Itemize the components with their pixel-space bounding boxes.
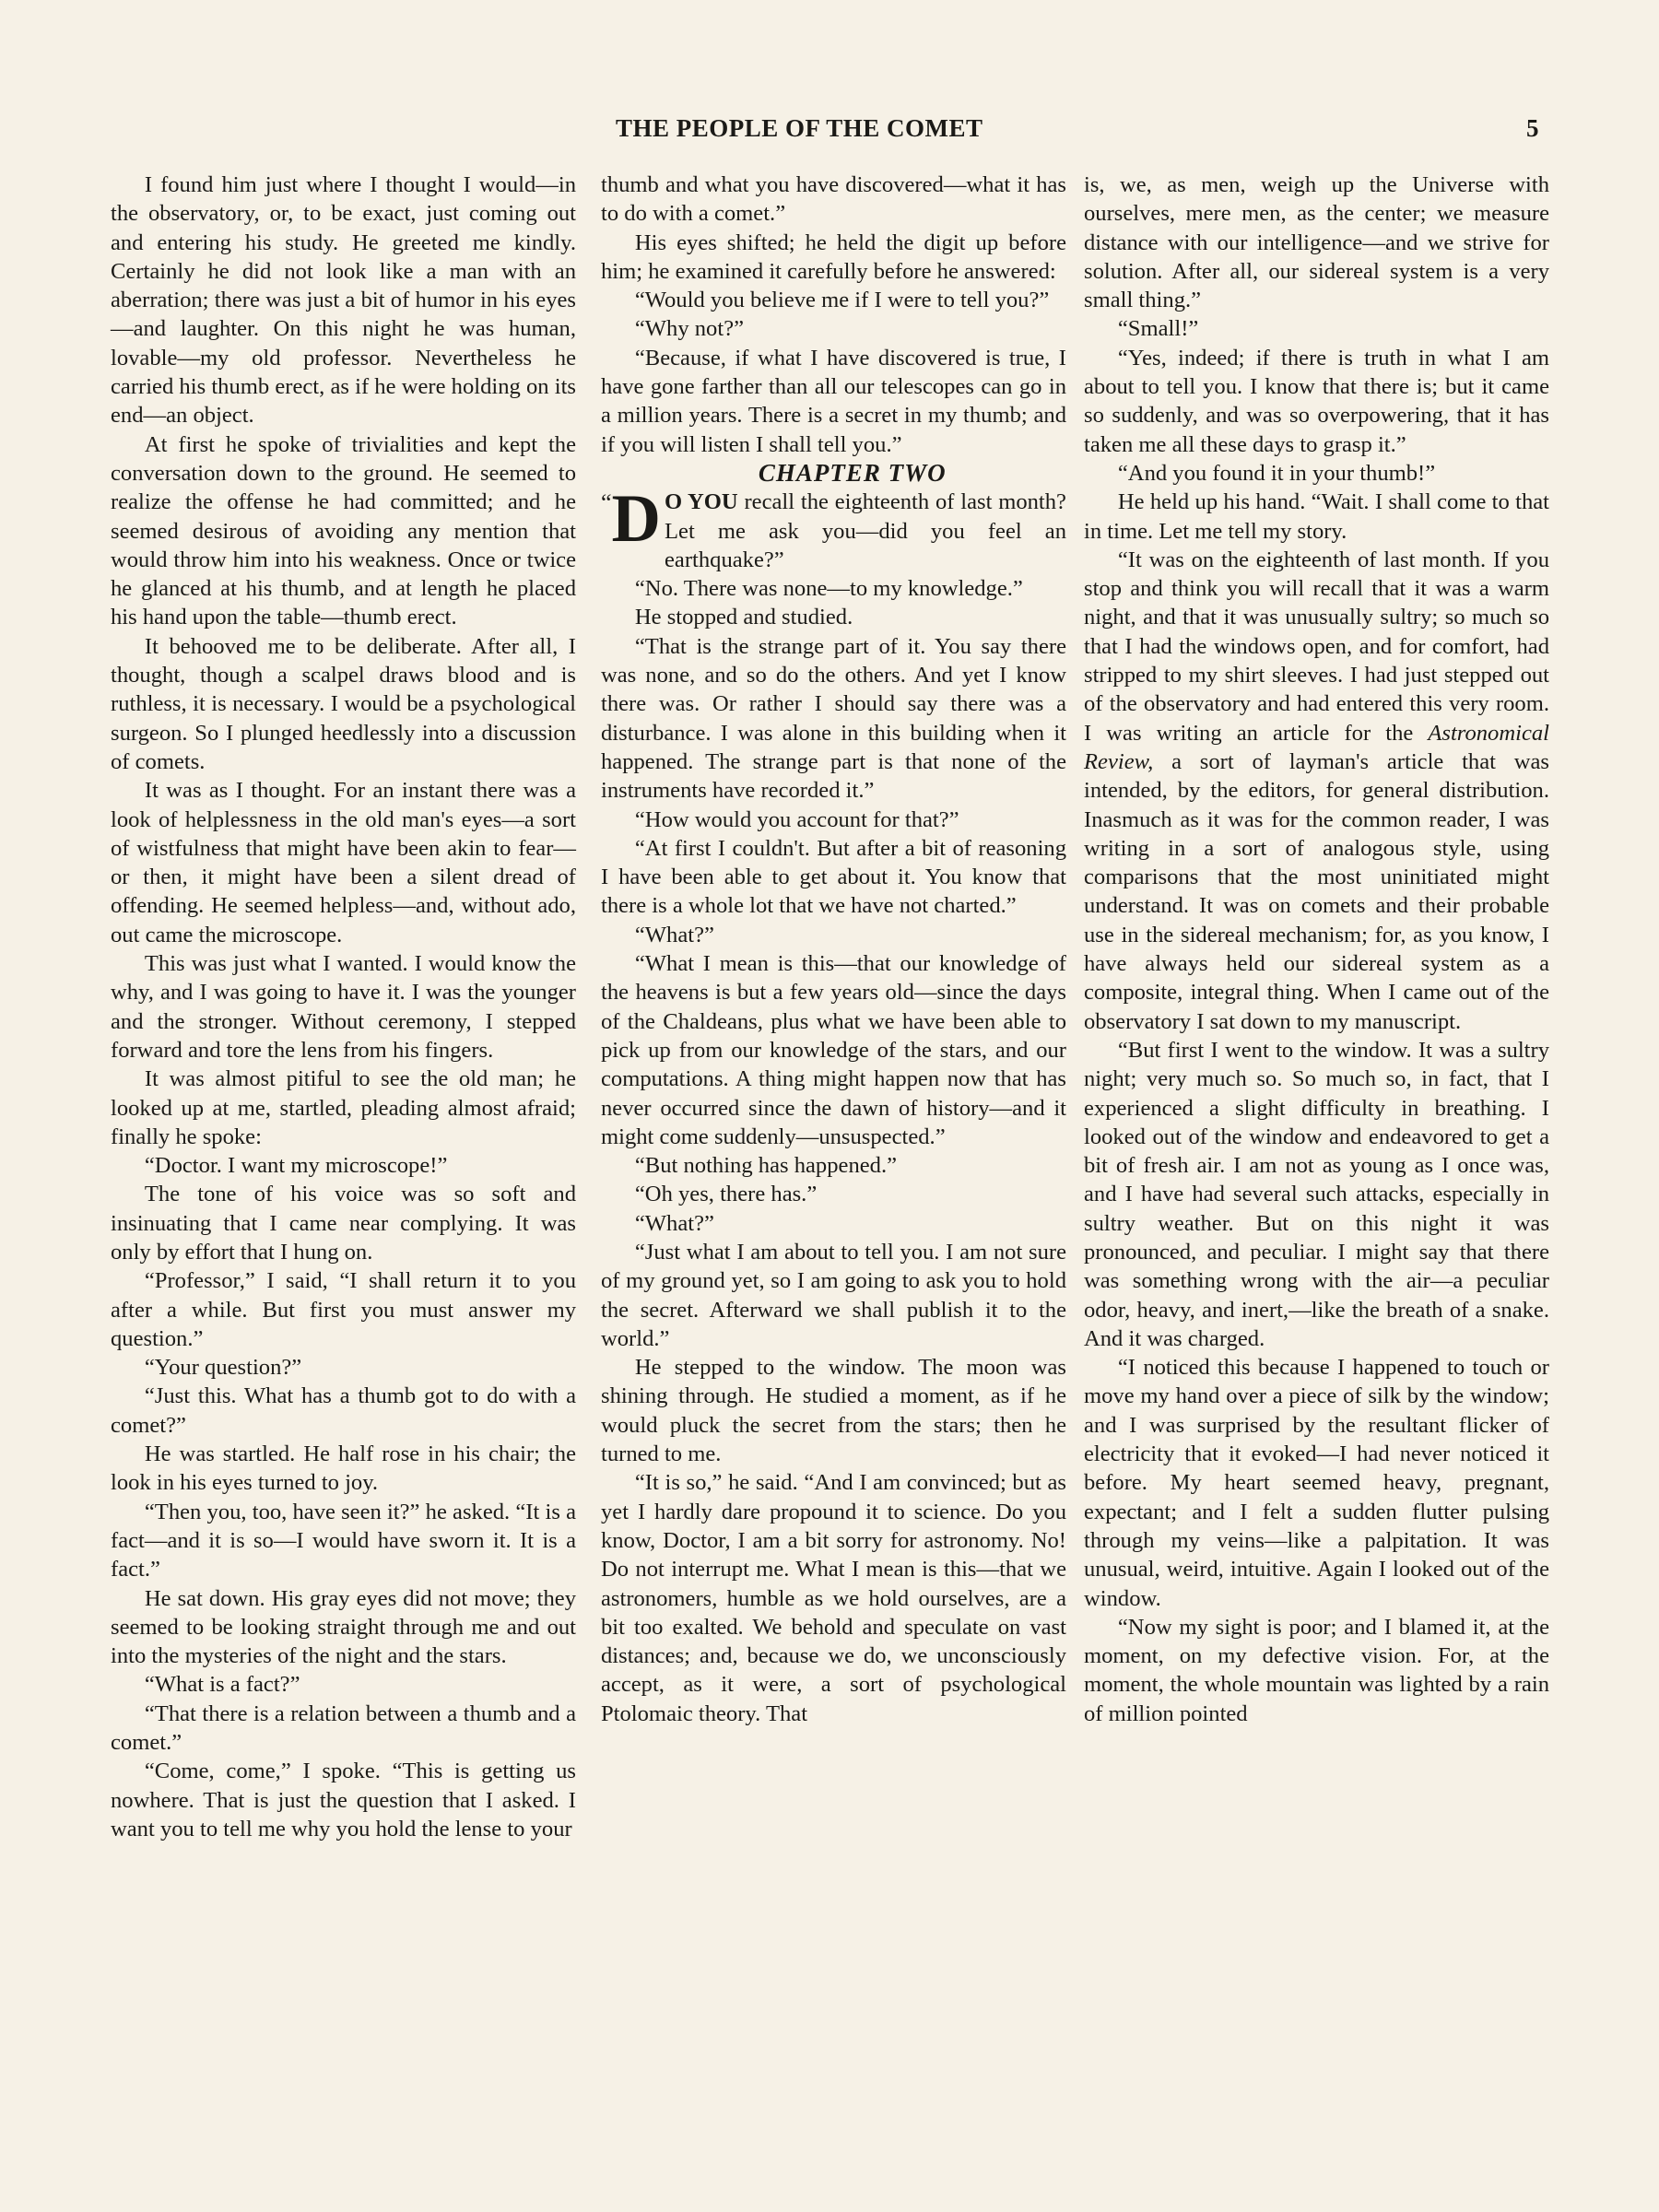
paragraph: “Just what I am about to tell you. I am …	[601, 1238, 1066, 1353]
paragraph: It was almost pitiful to see the old man…	[111, 1065, 576, 1151]
paragraph: “No. There was none—to my knowledge.”	[601, 574, 1066, 603]
paragraph: He sat down. His gray eyes did not move;…	[111, 1584, 576, 1671]
paragraph: “That is the strange part of it. You say…	[601, 632, 1066, 806]
paragraph: It was as I thought. For an instant ther…	[111, 776, 576, 949]
continued-paragraph: thumb and what you have discovered—what …	[601, 171, 1066, 229]
text-run: a sort of layman's article that was inte…	[1084, 749, 1549, 1034]
text-run: “It was on the eighteenth of last month.…	[1084, 547, 1549, 746]
paragraph: The tone of his voice was so soft and in…	[111, 1180, 576, 1266]
text-column-1: I found him just where I thought I would…	[111, 171, 576, 1843]
dropcap-paragraph: “DO YOU recall the eighteenth of last mo…	[601, 488, 1066, 574]
paragraph: “Why not?”	[601, 314, 1066, 343]
page-number: 5	[1526, 114, 1539, 143]
paragraph: “And you found it in your thumb!”	[1084, 459, 1549, 488]
paragraph: “Then you, too, have seen it?” he asked.…	[111, 1498, 576, 1584]
paragraph: “Small!”	[1084, 314, 1549, 343]
smallcaps-lead: O YOU	[665, 489, 738, 514]
paragraph: He held up his hand. “Wait. I shall come…	[1084, 488, 1549, 546]
text-column-3: is, we, as men, weigh up the Universe wi…	[1084, 171, 1549, 1728]
paragraph: He was startled. He half rose in his cha…	[111, 1440, 576, 1498]
paragraph: “Would you believe me if I were to tell …	[601, 286, 1066, 314]
paragraph: “What?”	[601, 1209, 1066, 1238]
paragraph: “Just this. What has a thumb got to do w…	[111, 1382, 576, 1440]
paragraph: “But nothing has happened.”	[601, 1151, 1066, 1180]
paragraph: “Yes, indeed; if there is truth in what …	[1084, 344, 1549, 459]
paragraph: “Professor,” I said, “I shall return it …	[111, 1266, 576, 1353]
text-column-2: thumb and what you have discovered—what …	[601, 171, 1066, 1728]
paragraph: “Doctor. I want my microscope!”	[111, 1151, 576, 1180]
paragraph: He stepped to the window. The moon was s…	[601, 1353, 1066, 1468]
paragraph: It behooved me to be deliberate. After a…	[111, 632, 576, 776]
paragraph: “Because, if what I have discovered is t…	[601, 344, 1066, 459]
paragraph: I found him just where I thought I would…	[111, 171, 576, 430]
paragraph: “It is so,” he said. “And I am convinced…	[601, 1468, 1066, 1728]
chapter-heading: CHAPTER TWO	[601, 459, 1066, 488]
running-head: THE PEOPLE OF THE COMET 5	[0, 114, 1659, 151]
paragraph: “Oh yes, there has.”	[601, 1180, 1066, 1208]
paragraph: “What is a fact?”	[111, 1670, 576, 1699]
drop-cap-letter: D	[612, 491, 661, 547]
paragraph: “At first I couldn't. But after a bit of…	[601, 834, 1066, 921]
paragraph: “How would you account for that?”	[601, 806, 1066, 834]
paragraph: “What?”	[601, 921, 1066, 949]
paragraph: He stopped and studied.	[601, 603, 1066, 631]
open-quote: “	[601, 489, 612, 517]
paragraph: “That there is a relation between a thum…	[111, 1700, 576, 1758]
paragraph: “I noticed this because I happened to to…	[1084, 1353, 1549, 1613]
paragraph: “Your question?”	[111, 1353, 576, 1382]
magazine-page: THE PEOPLE OF THE COMET 5 I found him ju…	[0, 0, 1659, 2212]
paragraph: “Now my sight is poor; and I blamed it, …	[1084, 1613, 1549, 1728]
paragraph-with-italic-title: “It was on the eighteenth of last month.…	[1084, 546, 1549, 1036]
running-title: THE PEOPLE OF THE COMET	[616, 114, 983, 143]
paragraph: At first he spoke of trivialities and ke…	[111, 430, 576, 632]
paragraph: “What I mean is this—that our knowledge …	[601, 949, 1066, 1151]
continued-paragraph: is, we, as men, weigh up the Universe wi…	[1084, 171, 1549, 314]
paragraph: His eyes shifted; he held the digit up b…	[601, 229, 1066, 287]
paragraph: “Come, come,” I spoke. “This is getting …	[111, 1757, 576, 1843]
paragraph: This was just what I wanted. I would kno…	[111, 949, 576, 1065]
paragraph: “But first I went to the window. It was …	[1084, 1036, 1549, 1353]
